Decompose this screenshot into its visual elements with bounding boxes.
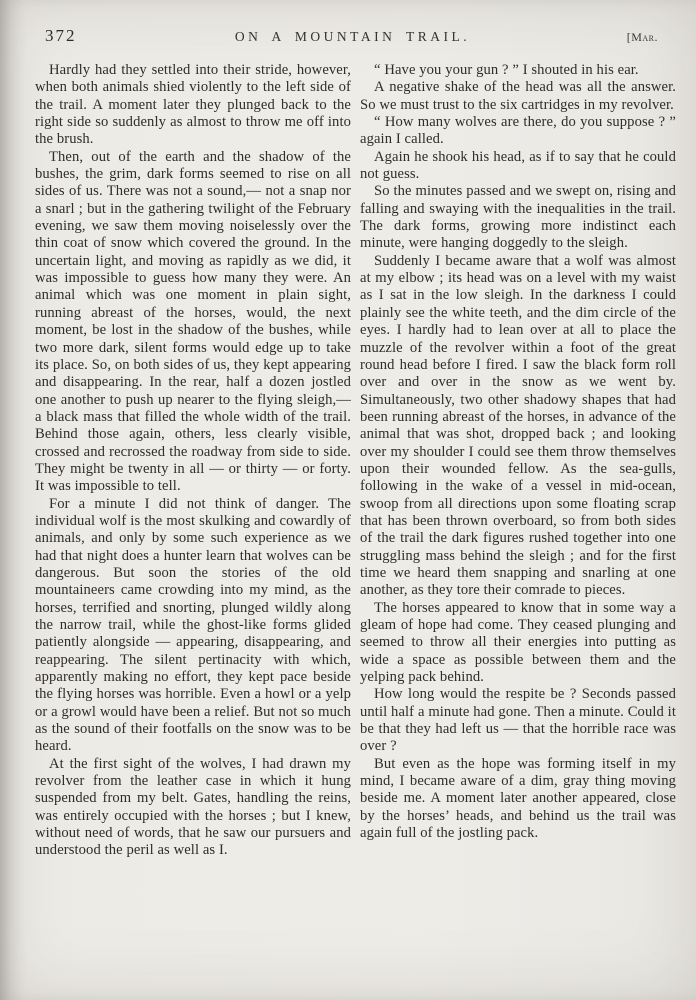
paragraph: So the minutes passed and we swept on, r…	[360, 183, 676, 252]
paragraph: For a minute I did not think of danger. …	[35, 496, 351, 756]
paragraph: Then, out of the earth and the shadow of…	[35, 149, 351, 496]
book-page: 372 ON A MOUNTAIN TRAIL. [Mar. Hardly ha…	[0, 0, 696, 1000]
paragraph: Suddenly I became aware that a wolf was …	[360, 253, 676, 600]
paragraph: The horses appeared to know that in some…	[360, 600, 676, 687]
paragraph: Hardly had they settled into their strid…	[35, 62, 351, 149]
left-column: Hardly had they settled into their strid…	[35, 62, 351, 860]
right-column: “ Have you your gun ? ” I shouted in his…	[360, 62, 676, 860]
paragraph: Again he shook his head, as if to say th…	[360, 149, 676, 184]
running-title: ON A MOUNTAIN TRAIL.	[35, 29, 670, 45]
paragraph: “ How many wolves are there, do you supp…	[360, 114, 676, 149]
paragraph: “ Have you your gun ? ” I shouted in his…	[360, 62, 676, 79]
paragraph: A negative shake of the head was all the…	[360, 79, 676, 114]
paragraph: How long would the respite be ? Seconds …	[360, 686, 676, 755]
text-columns: Hardly had they settled into their strid…	[35, 62, 676, 860]
issue-month-marker: [Mar.	[627, 30, 658, 45]
paragraph: At the first sight of the wolves, I had …	[35, 756, 351, 860]
paragraph: But even as the hope was forming itself …	[360, 756, 676, 843]
page-header: 372 ON A MOUNTAIN TRAIL. [Mar.	[35, 26, 670, 48]
